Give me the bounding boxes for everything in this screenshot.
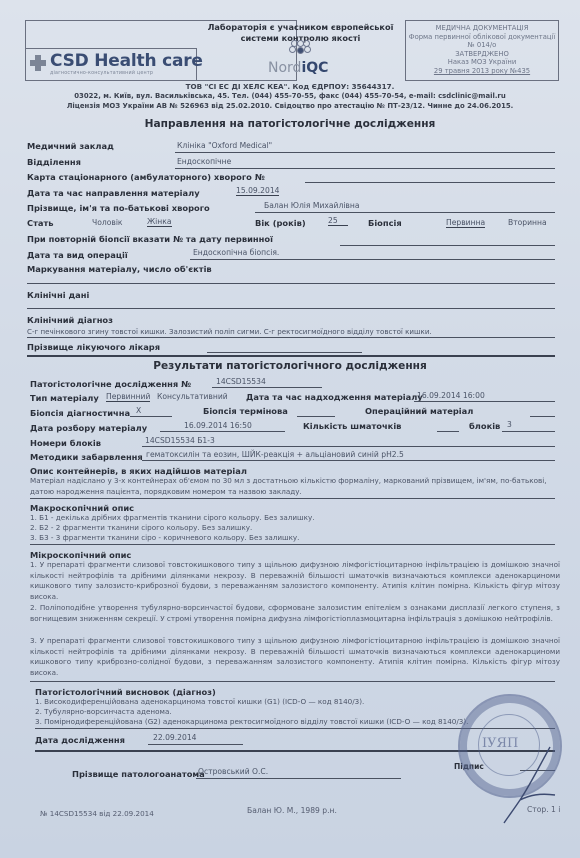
diagnostic-biopsy-label: Біопсія діагностична: [30, 408, 130, 418]
staining-label: Методики забарвлення: [30, 452, 143, 462]
pathologist-label: Прізвище патологоанатома: [72, 769, 205, 779]
license-line: Ліцензія МОЗ України АВ № 526963 від 25.…: [0, 102, 580, 110]
card-label: Карта стаціонарного (амбулаторного) хвор…: [27, 172, 265, 182]
csd-logo-title: CSD Health care: [50, 51, 203, 71]
csd-logo-subtitle: діагностично-консультативний центр: [50, 71, 153, 76]
repeat-biopsy-label: При повторній біопсії вказати № та дату …: [27, 234, 273, 244]
results-title: Результати патогістологічного дослідженн…: [0, 360, 580, 372]
urgent-biopsy-label: Біопсія термінова: [203, 406, 288, 416]
operation-value: Ендоскопічна біопсія.: [193, 248, 279, 257]
operation-label: Дата та вид операції: [27, 250, 128, 260]
containers-label: Опис контейнерів, в яких надійшов матері…: [30, 466, 247, 476]
nordiqc-dots-icon: [289, 40, 311, 58]
company-line: ТОВ "СІ ЕС ДІ ХЕЛС КЕА". Код ЄДРПОУ: 356…: [0, 82, 580, 91]
age-label: Вік (років): [255, 218, 306, 228]
doc-box-line: 29 травня 2013 року №435: [406, 67, 558, 76]
micro-item: 3. У препараті фрагменти слизової товсто…: [30, 636, 560, 678]
marking-label: Маркування матеріалу, число об'єктів: [27, 264, 212, 274]
blocks-value: 3: [507, 420, 512, 429]
footer-doc-ref: № 14CSD15534 від 22.09.2014: [40, 809, 154, 818]
lab-report-page: CSD Health care діагностично-консультати…: [0, 0, 580, 858]
clinical-diagnosis-label: Клінічний діагноз: [27, 315, 113, 325]
doc-box-line: № 014/о: [406, 41, 558, 50]
sex-label: Стать: [27, 218, 54, 228]
referral-title: Направлення на патогістологічне дослідже…: [0, 118, 580, 130]
sex-option-male: Чоловік: [92, 218, 123, 227]
doc-box-line: МЕДИЧНА ДОКУМЕНТАЦІЯ: [406, 24, 558, 33]
receipt-date-label: Дата та час надходження матеріалу: [246, 392, 423, 402]
doc-box-line: ЗАТВЕРДЖЕНО: [406, 50, 558, 59]
block-numbers-label: Номери блоків: [30, 438, 101, 448]
macro-label: Макроскопічний опис: [30, 503, 134, 513]
medical-cross-icon: [30, 55, 46, 71]
address-line: 03022, м. Київ, вул. Васильківська, 45. …: [0, 92, 580, 100]
study-number-label: Патогістологічне дослідження №: [30, 379, 191, 389]
material-type-label: Тип матеріалу: [30, 393, 99, 403]
operative-material-label: Операційний матеріал: [365, 406, 473, 416]
csd-logo: CSD Health care діагностично-консультати…: [26, 48, 197, 80]
study-number-value: 14CSD15534: [216, 377, 266, 386]
material-primary-selected: Первинний: [106, 392, 150, 402]
footer-patient-ref: Балан Ю. М., 1989 р.н.: [247, 806, 337, 815]
conclusion-item: 1. Високодиференційована аденокарцинома …: [35, 697, 364, 708]
department-label: Відділення: [27, 157, 81, 167]
nordiqc-logo: NordiQC: [268, 60, 328, 76]
blocks-label: блоків: [469, 421, 500, 431]
containers-text: Матеріал надіслано у 3-х контейнерах об'…: [30, 476, 558, 497]
micro-label: Мікроскопічний опис: [30, 550, 131, 560]
referral-date-value: 15.09.2014: [236, 186, 279, 196]
patient-name-value: Балан Юлія Михайлівна: [264, 201, 360, 210]
receipt-date-value: 16.09.2014 16:00: [417, 391, 485, 400]
department-value: Ендоскопічне: [177, 157, 231, 166]
footer-page-number: Стор. 1 і: [527, 805, 560, 814]
conclusion-label: Патогістологічний висновок (діагноз): [35, 687, 216, 697]
patient-name-label: Прізвище, ім'я та по-батькові хворого: [27, 203, 210, 213]
study-date-label: Дата дослідження: [35, 735, 125, 745]
institution-value: Клініка "Oxford Medical": [177, 141, 272, 150]
referral-date-label: Дата та час направлення матеріалу: [27, 188, 200, 198]
doc-box-line: Форма первинної облікової документації: [406, 33, 558, 42]
pieces-count-label: Кількість шматочків: [303, 421, 401, 431]
biopsy-label: Біопсія: [368, 218, 402, 228]
study-date-value: 22.09.2014: [153, 733, 196, 742]
block-numbers-value: 14CSD15534 Б1-3: [145, 436, 215, 445]
clinical-data-label: Клінічні дані: [27, 290, 89, 300]
macro-item: 3. Б3 - 3 фрагменти тканини сіро - корич…: [30, 533, 299, 544]
analysis-date-value: 16.09.2014 16:50: [184, 421, 252, 430]
doc-box-line: Наказ МОЗ України: [406, 58, 558, 67]
biopsy-secondary: Вторинна: [508, 218, 547, 227]
macro-item: 2. Б2 - 2 фрагменти тканини сірого кольо…: [30, 523, 252, 534]
medical-doc-box: МЕДИЧНА ДОКУМЕНТАЦІЯ Форма первинної обл…: [405, 20, 559, 81]
conclusion-item: 3. Помірнодиференційована (G2) аденокарц…: [35, 717, 468, 728]
clinical-diagnosis-value: С-г печінкового згину товстої кишки. Зал…: [27, 327, 432, 336]
biopsy-primary-selected: Первинна: [446, 218, 485, 228]
sex-option-female-selected: Жінка: [147, 217, 172, 227]
micro-item: 2. Поліпоподібне утворення тубулярно-вор…: [30, 603, 560, 624]
age-value: 25: [328, 216, 348, 226]
staining-value: гематоксилін та еозин, ШЙК-реакція + аль…: [146, 450, 404, 459]
micro-item: 1. У препараті фрагменти слизової товсто…: [30, 560, 560, 602]
pathologist-value: Островський О.С.: [198, 767, 268, 776]
doctor-label: Прізвище лікуючого лікаря: [27, 342, 160, 352]
diagnostic-biopsy-value: X: [136, 406, 141, 415]
conclusion-item: 2. Тубулярно-ворсинчаста аденома.: [35, 707, 172, 718]
analysis-date-label: Дата розбору матеріалу: [30, 423, 147, 433]
material-consult: Консультативний: [157, 392, 228, 401]
institution-label: Медичний заклад: [27, 141, 114, 151]
macro-item: 1. Б1 - декілька дрібних фрагментів ткан…: [30, 513, 315, 524]
